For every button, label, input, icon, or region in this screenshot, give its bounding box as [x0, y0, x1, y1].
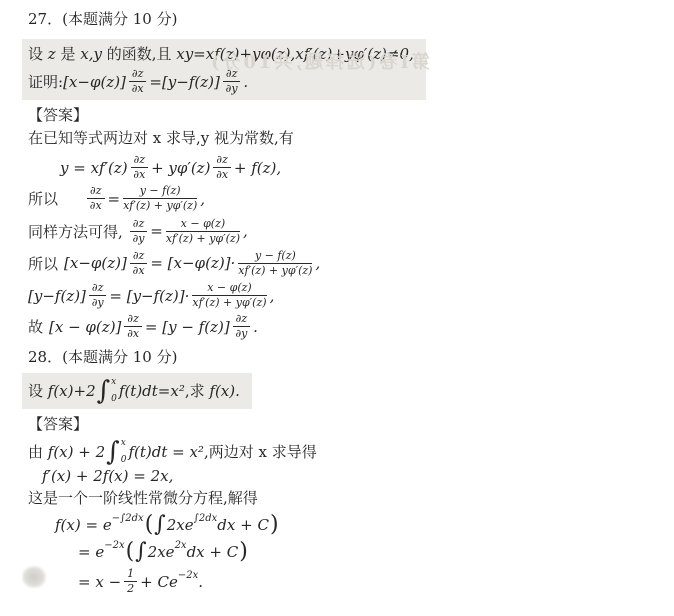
integral-icon: ∫ — [135, 541, 146, 563]
math-text: f(x) + 2 — [48, 443, 105, 461]
q28-eq4: = x −12+ Ce−2x. — [78, 568, 674, 595]
math-text: + yφ′(z) — [151, 159, 210, 177]
fraction-denominator: ∂y — [233, 327, 250, 340]
fraction: 12 — [124, 568, 137, 595]
q27-title: 27．(本题满分 10 分) — [28, 8, 674, 29]
q27-title-text: 27．(本题满分 10 分) — [28, 8, 177, 29]
math-text: + Ce — [140, 573, 178, 591]
document-page: 第Ⅰ卷(选择题,共10分) 27．(本题满分 10 分) 设 z 是 x,y 的… — [0, 0, 674, 616]
integral-lower-limit: 0 — [121, 455, 127, 465]
integral: ∫x0 — [97, 377, 117, 404]
fraction-numerator: ∂z — [223, 68, 240, 82]
fraction: ∂z∂x — [131, 154, 148, 181]
fraction-denominator: ∂y — [223, 82, 240, 95]
math-text: f′(x) + 2f(x) = 2x, — [42, 467, 173, 485]
solution-text: 这是一个一阶线性常微分方程,解得 — [28, 487, 258, 508]
fraction: y − f(z)xf′(z) + yφ′(z) — [123, 185, 197, 212]
fraction-numerator: x − φ(z) — [192, 282, 266, 296]
integral-icon: ∫ — [154, 514, 165, 536]
integral-upper-limit: x — [111, 377, 117, 387]
math-text: f(x) = e — [55, 516, 112, 534]
integral-upper-limit: x — [121, 438, 127, 448]
math-text: , — [315, 254, 320, 272]
statement-text: 的函数,且 — [102, 43, 176, 64]
fraction-numerator: ∂z — [87, 185, 104, 199]
answer-label-text: 【答案】 — [28, 413, 88, 434]
q27-solution-line1: 在已知等式两边对 x 求导,y 视为常数,有 — [28, 127, 674, 148]
math-text: y = xf′(z) — [60, 159, 128, 177]
math-text: z — [48, 45, 56, 63]
right-paren: ) — [239, 541, 248, 563]
connector-text: 所以 — [28, 253, 58, 274]
math-text: = — [150, 222, 163, 240]
q27-statement: 设 z 是 x,y 的函数,且 xy=xf(z)+yφ(z),xf′(z)+yφ… — [22, 39, 426, 100]
fraction-denominator: xf′(z) + yφ′(z) — [192, 296, 266, 309]
left-paren: ( — [126, 541, 135, 563]
math-text: f(t)dt=x² — [119, 382, 185, 400]
fraction-denominator: ∂y — [130, 232, 147, 245]
connector-text: 同样方法可得, — [28, 221, 123, 242]
fraction-numerator: y − f(z) — [238, 250, 312, 264]
integral-icon: ∫ — [106, 441, 120, 463]
q28-eq2: f(x) = e−∫2dx(∫2xe∫2dxdx + C) — [55, 514, 674, 536]
fraction-numerator: y − f(z) — [123, 185, 197, 199]
math-text: = [y−f(z)]· — [109, 287, 189, 305]
math-text: xy=xf(z)+yφ(z),xf′(z)+yφ′(z)≠0, — [176, 45, 414, 63]
math-text: = [x−φ(z)]· — [150, 254, 235, 272]
q28-solution-line1: 由 f(x) + 2∫x0f(t)dt = x²,两边对 x 求导得 — [28, 438, 674, 465]
math-text: , — [270, 287, 275, 305]
connector-text: 所以 — [28, 188, 58, 209]
fraction: ∂z∂x — [129, 68, 146, 95]
q27-eq1: y = xf′(z)∂z∂x+ yφ′(z)∂z∂x+ f(z), — [60, 154, 674, 181]
math-text: = x − — [78, 573, 121, 591]
math-text: = e — [78, 543, 104, 561]
q27-eq2: 所以∂z∂x=y − f(z)xf′(z) + yφ′(z), — [28, 185, 674, 212]
math-text: = [y − f(z)] — [145, 318, 230, 336]
fraction-numerator: ∂z — [233, 313, 250, 327]
math-text: f(t)dt = x² — [128, 443, 204, 461]
math-text: 2xe — [167, 516, 194, 534]
left-paren: ( — [145, 514, 154, 536]
q28-answer-label: 【答案】 — [28, 413, 674, 434]
fraction: y − f(z)xf′(z) + yφ′(z) — [238, 250, 312, 277]
integral-icon: ∫ — [97, 380, 111, 402]
math-text: [x−φ(z)] — [64, 254, 127, 272]
math-text: . — [198, 573, 203, 591]
q27-statement-line1: 设 z 是 x,y 的函数,且 xy=xf(z)+yφ(z),xf′(z)+yφ… — [28, 43, 414, 64]
fraction-denominator: ∂x — [124, 327, 141, 340]
fraction-numerator: x − φ(z) — [166, 218, 240, 232]
connector-text: 故 — [28, 316, 43, 337]
fraction-numerator: ∂z — [129, 68, 146, 82]
fraction-denominator: xf′(z) + yφ′(z) — [123, 199, 197, 212]
fraction: ∂z∂x — [87, 185, 104, 212]
statement-text: 是 — [56, 43, 81, 64]
statement-text: 设 — [28, 380, 48, 401]
fraction-denominator: 2 — [124, 582, 137, 595]
fraction-numerator: ∂z — [130, 218, 147, 232]
q27-eq4: 所以[x−φ(z)]∂z∂x= [x−φ(z)]·y − f(z)xf′(z) … — [28, 250, 674, 277]
math-text: =[y−f(z)] — [149, 73, 219, 91]
math-text: , — [200, 190, 205, 208]
q28-title: 28．(本题满分 10 分) — [28, 346, 674, 367]
q28-statement-line: 设 f(x)+2∫x0f(t)dt=x²,求 f(x). — [28, 377, 240, 404]
math-text: . — [253, 318, 258, 336]
math-text: x,y — [80, 45, 102, 63]
answer-label-text: 【答案】 — [28, 104, 88, 125]
fraction-denominator: ∂x — [129, 82, 146, 95]
fraction-denominator: ∂x — [87, 199, 104, 212]
integral-lower-limit: 0 — [111, 394, 117, 404]
math-text: dx + C — [187, 543, 239, 561]
q28-solution-line2: 这是一个一阶线性常微分方程,解得 — [28, 487, 674, 508]
fraction-denominator: xf′(z) + yφ′(z) — [166, 232, 240, 245]
fraction-denominator: ∂x — [213, 168, 230, 181]
math-text: 2xe — [148, 543, 175, 561]
q28-eq3: = e−2x(∫2xe2xdx + C) — [78, 541, 674, 563]
math-text: f(x). — [209, 382, 239, 400]
math-text: + f(z), — [234, 159, 281, 177]
q28-eq1: f′(x) + 2f(x) = 2x, — [42, 467, 674, 485]
fraction-numerator: ∂z — [130, 250, 147, 264]
q27-statement-line2: 证明:[x−φ(z)]∂z∂x=[y−f(z)]∂z∂y. — [28, 68, 414, 95]
fraction: ∂z∂x — [130, 250, 147, 277]
fraction: ∂z∂y — [233, 313, 250, 340]
math-text: = — [108, 190, 121, 208]
fraction: ∂z∂y — [223, 68, 240, 95]
integral: ∫x0 — [106, 438, 126, 465]
math-text: . — [243, 73, 248, 91]
statement-text: 证明: — [28, 71, 63, 92]
math-text: , — [243, 222, 248, 240]
fraction-numerator: ∂z — [124, 313, 141, 327]
q27-eq5: [y−f(z)]∂z∂y= [y−f(z)]·x − φ(z)xf′(z) + … — [28, 282, 674, 309]
math-text: [x − φ(z)] — [49, 318, 121, 336]
solution-text: ,两边对 x 求导得 — [204, 441, 317, 462]
math-text: f(x)+2 — [48, 382, 96, 400]
fraction-numerator: ∂z — [131, 154, 148, 168]
fraction-numerator: ∂z — [213, 154, 230, 168]
right-paren: ) — [270, 514, 279, 536]
q27-answer-label: 【答案】 — [28, 104, 674, 125]
q27-eq3: 同样方法可得,∂z∂y=x − φ(z)xf′(z) + yφ′(z), — [28, 218, 674, 245]
fraction: ∂z∂y — [130, 218, 147, 245]
math-text: [x−φ(z)] — [63, 73, 126, 91]
fraction-numerator: 1 — [124, 568, 137, 582]
q28-title-text: 28．(本题满分 10 分) — [28, 346, 177, 367]
q27-eq6: 故[x − φ(z)]∂z∂x= [y − f(z)]∂z∂y. — [28, 313, 674, 340]
fraction-denominator: xf′(z) + yφ′(z) — [238, 264, 312, 277]
fraction: x − φ(z)xf′(z) + yφ′(z) — [192, 282, 266, 309]
ink-smudge-artifact — [22, 566, 46, 588]
math-text: dx + C — [217, 516, 269, 534]
statement-text: ,求 — [185, 380, 210, 401]
fraction-numerator: ∂z — [89, 282, 106, 296]
solution-text: 由 — [28, 441, 48, 462]
statement-text: 设 — [28, 43, 48, 64]
fraction-denominator: ∂x — [130, 264, 147, 277]
q28-statement: 设 f(x)+2∫x0f(t)dt=x²,求 f(x). — [22, 373, 252, 409]
fraction: x − φ(z)xf′(z) + yφ′(z) — [166, 218, 240, 245]
fraction: ∂z∂x — [124, 313, 141, 340]
math-text: [y−f(z)] — [28, 287, 86, 305]
fraction: ∂z∂y — [89, 282, 106, 309]
fraction-denominator: ∂y — [89, 296, 106, 309]
solution-text: 在已知等式两边对 x 求导,y 视为常数,有 — [28, 127, 294, 148]
fraction: ∂z∂x — [213, 154, 230, 181]
fraction-denominator: ∂x — [131, 168, 148, 181]
